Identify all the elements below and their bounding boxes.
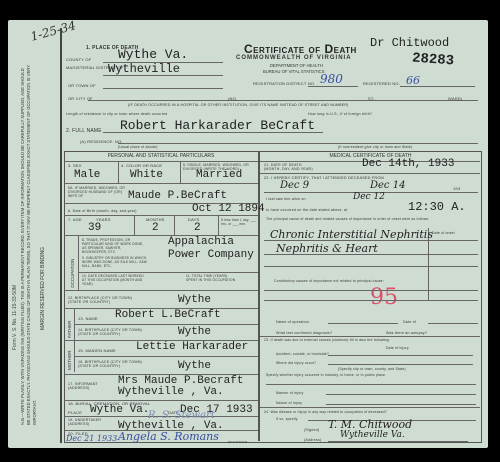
registrar-label: Registrar (228, 440, 247, 444)
physician-address: Wytheville Va. (340, 430, 405, 440)
attended-to: Dec 14 (370, 180, 405, 191)
principal-cause-label: The principal cause of death and related… (266, 217, 476, 221)
registrar-signature: Angela S. Romans (118, 430, 219, 443)
rule (428, 323, 478, 324)
hospital-note: (If death occurred in a hospital or othe… (128, 103, 349, 107)
color-label: 4. Color or Race (121, 163, 162, 168)
dob-label: 6. Date of Birth (month, day, and year) (68, 209, 137, 213)
attended-from: Dec 9 (280, 180, 309, 191)
birthplace-label: 12. Birthplace (city or town) (State or … (68, 296, 133, 304)
if-so-label: If so, specify (276, 417, 298, 421)
informant-address: Wytheville , Va. (118, 386, 224, 398)
rule (78, 235, 79, 290)
ward-label: Ward) (448, 96, 462, 101)
mother-maiden-value: Lettie Harkarader (136, 341, 248, 353)
burial-place-label: Place (68, 410, 82, 415)
rule (74, 356, 258, 357)
undertaker-label: 19. Undertaker (Address) (68, 418, 106, 426)
contributory-label: Contributory causes of importance not re… (274, 279, 424, 283)
father-name-label: 13. Name (78, 316, 98, 321)
red-mark: 95 (370, 285, 398, 310)
mother-birthplace-value: Wythe (178, 360, 211, 372)
total-time-label: 11. Total time (years) spent in this occ… (186, 274, 236, 282)
rule (218, 215, 219, 235)
place-specify-label: Specify whether injury occurred in indus… (266, 373, 476, 377)
rule (180, 161, 181, 183)
rule (260, 407, 480, 408)
rule (118, 143, 478, 144)
mother-birthplace-label: 16. Birthplace (city or town) (State or … (78, 360, 148, 368)
rule (328, 364, 473, 365)
spouse-label: 5a. If married, widowed, or divorced Hus… (68, 186, 128, 198)
date-of-death-label: 21. Date of Death (month, day, and year) (264, 163, 314, 171)
father-birthplace-label: 14. Birthplace (city or town) (State or … (78, 328, 148, 336)
filed-date: Dec 21 1933 (66, 434, 117, 443)
test-label: What test confirmed diagnosis? (276, 331, 332, 335)
registration-district-label: Registration District No. (253, 81, 315, 86)
years-value: 39 (88, 222, 101, 234)
informant-label: 17. Informant (Address) (68, 382, 106, 390)
operation-date-label: Date of (403, 320, 416, 324)
rule (328, 323, 398, 324)
nonresident-hint: (If nonresident give city or town and St… (338, 145, 412, 149)
rule (74, 324, 258, 325)
violence-label: 23. If death was due to external causes … (264, 338, 474, 342)
rule (264, 266, 478, 267)
marital-value: Married (196, 169, 242, 181)
county-label: County of (66, 57, 91, 62)
binding-margin-label: Margin reserved for binding (40, 247, 46, 330)
occupation-section-label: Occupation (70, 259, 75, 288)
color-value: White (130, 169, 163, 181)
full-name-value: Robert Harkarader BeCraft (120, 118, 315, 133)
industry-label: 9. Industry or business in which work wa… (82, 256, 147, 268)
sex-label: 3. Sex (68, 163, 82, 168)
death-certificate: Form V. S. No. 11-15-33-50M N.B.—Write p… (8, 20, 488, 448)
margin-note: 1-25-34 (29, 18, 77, 44)
accident-label: Accident, suicide, or homicide? (276, 352, 329, 356)
dob-value: Oct 12 1894 (192, 203, 265, 215)
injury-date-label: Date of injury (386, 346, 409, 350)
personal-section-title: Personal and Statistical Particulars (64, 151, 258, 161)
date-of-death-value: Dec 14th, 1933 (362, 158, 454, 170)
column-divider (258, 151, 260, 441)
days-value: 2 (194, 222, 201, 234)
rule (260, 336, 480, 337)
sex-value: Male (74, 169, 100, 181)
burial-place: Wythe Va. (90, 404, 149, 416)
instructions-text: N.B.—Write plainly, with unfading ink (w… (20, 65, 38, 425)
residence-hint: (Usual place of abode) (118, 145, 158, 149)
signed-label: (Signed) (304, 428, 319, 432)
registration-district-value: 980 (320, 72, 343, 86)
us-residence-label: How long in U.S., if of foreign birth? (308, 112, 372, 116)
county-value: Wythe Va. (118, 47, 188, 62)
mother-maiden-label: 15. Maiden Name (78, 348, 116, 353)
rule (264, 240, 478, 241)
residence-length-label: Length of residence in city or town wher… (66, 112, 168, 116)
where-hint: (Specify city or town, county, and State… (338, 367, 406, 371)
rule (264, 254, 478, 255)
where-label: Where did injury occur? (276, 361, 316, 365)
rule (328, 355, 473, 356)
death-time-value: 12:30 A. (408, 200, 466, 214)
last-worked-label: 10. Date deceased last worked at this oc… (82, 274, 147, 286)
rule (328, 441, 468, 442)
last-saw-value: Dec 12 (353, 192, 385, 202)
months-value: 2 (152, 222, 159, 234)
rule (103, 75, 223, 76)
street-label: St., (368, 96, 376, 101)
town-label: or Town of (68, 83, 96, 88)
certificate-title: Certificate of Death (244, 42, 357, 56)
form-number: Form V. S. No. 11-15-33-50M (12, 285, 18, 350)
operation-label: Name of operation (276, 320, 309, 324)
father-section-label: Father (67, 321, 72, 338)
death-time-label: to have occurred on the date stated abov… (266, 208, 347, 212)
rule (64, 215, 258, 216)
rule (264, 300, 478, 301)
rule (326, 404, 476, 405)
rule (118, 161, 119, 183)
address-label: (Address) (304, 438, 321, 442)
spouse-value: Maude P.BeCraft (128, 190, 227, 202)
rule (103, 88, 223, 89)
physician-note: Dr Chitwood (370, 36, 449, 50)
district-value: Wytheville (108, 62, 180, 76)
certificate-number: 28283 (411, 51, 454, 70)
age-label: 7. Age (68, 217, 82, 222)
manner-label: Manner of injury (276, 391, 304, 395)
rule (78, 272, 258, 273)
last-saw-label: I last saw him alive on (266, 197, 306, 201)
father-name-value: Robert L.BeCraft (115, 309, 221, 321)
department-label: Department of Health (270, 63, 323, 68)
rule (64, 183, 258, 184)
rule (174, 215, 175, 235)
rule (134, 215, 135, 235)
rule (266, 384, 476, 385)
margin-divider (60, 28, 62, 443)
birthplace-value: Wythe (178, 294, 211, 306)
nature-label: Nature of injury (276, 401, 302, 405)
rule (103, 132, 323, 133)
rule (64, 290, 258, 291)
autopsy-label: Was there an autopsy? (386, 331, 427, 335)
rule (264, 290, 478, 291)
commonwealth-label: Commonwealth of Virginia (236, 55, 352, 61)
rule (326, 394, 476, 395)
trade-label: 8. Trade, profession, or particular kind… (82, 238, 147, 254)
rule (64, 161, 258, 162)
bureau-label: Bureau of Vital Statistics (263, 69, 325, 74)
residence-label: (a) Residence. No. (80, 139, 123, 144)
disease-label: 24. Was disease or injury in any way rel… (264, 410, 387, 414)
mother-section-label: Mother (67, 351, 72, 371)
registered-no-label: Registered No. (363, 81, 400, 86)
industry-value: Appalachia Power Company (168, 236, 258, 262)
father-birthplace-value: Wythe (178, 326, 211, 338)
less-than-day-label: If less than 1 day, ___ hrs. or ___ min. (221, 218, 257, 226)
date-onset-label: Date of onset (432, 231, 455, 235)
rule (88, 100, 478, 101)
no-label: (No. (228, 96, 237, 101)
full-name-label: 2. Full Name (66, 128, 102, 134)
rule (400, 86, 475, 87)
rule (260, 173, 480, 174)
year-suffix: 193 (453, 186, 460, 191)
rule (308, 86, 358, 87)
